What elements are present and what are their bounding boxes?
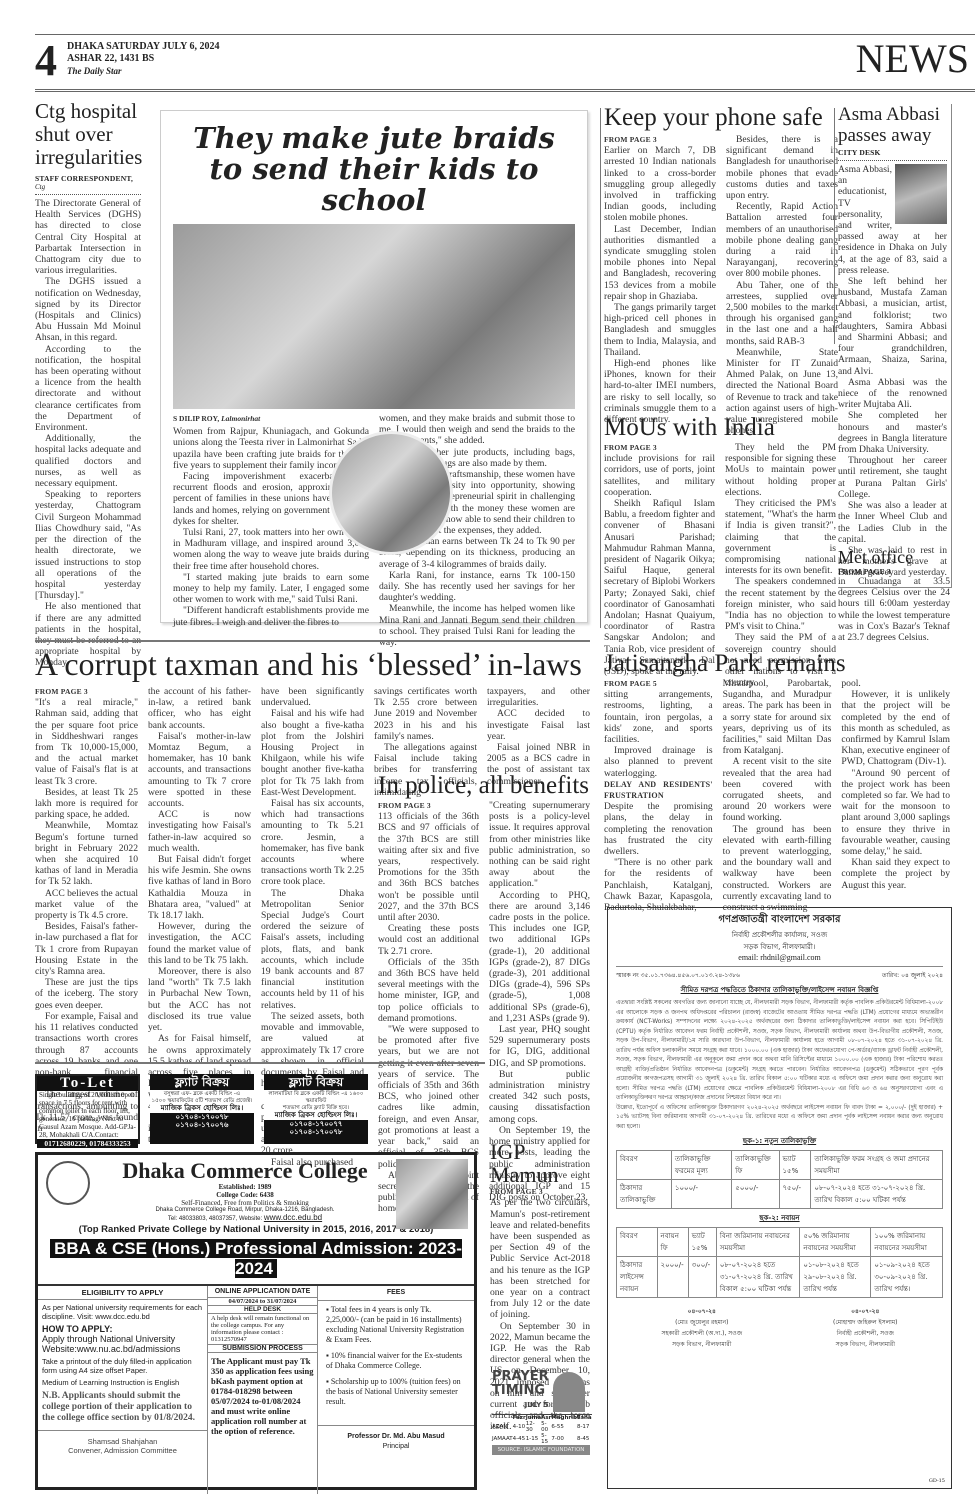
column-rule <box>834 108 835 344</box>
jute-circle-photo <box>329 431 453 555</box>
byline: S DILIP ROY, <box>173 414 219 423</box>
byline: STAFF CORRESPONDENT, <box>35 174 141 183</box>
headline: MoUs with India <box>604 414 836 442</box>
article-body: The Directorate General of Health Servic… <box>35 198 141 669</box>
article-met-office: Met office FROM PAGE 3 in Chuadanga at 3… <box>838 548 950 643</box>
dateline: Ctg <box>35 183 141 195</box>
paper-logo: The Daily Star <box>67 65 220 77</box>
headline: Asma Abbasi passes away <box>838 104 947 146</box>
college-website-link[interactable]: www.dcc.edu.bd <box>264 1213 322 1222</box>
headline: Met office <box>838 548 950 567</box>
headline: Ctg hospital shut over irregularities <box>35 100 141 169</box>
prayer-table: FazrJumaAsrMaghribEshaAZAN4-1012-305-006… <box>492 1414 592 1445</box>
page-folio: 4 DHAKA SATURDAY JULY 6, 2024 ASHAR 22, … <box>35 34 975 92</box>
mosque-icon <box>553 1372 585 1412</box>
article-keep-phone-safe: Keep your phone safe FROM PAGE 3 Earlier… <box>604 104 838 436</box>
page-number: 4 <box>35 39 57 83</box>
asma-portrait <box>895 164 947 224</box>
bangla-date: ASHAR 22, 1431 BS <box>67 53 220 65</box>
signature-block-1: ০৪-০৭-২৪(মোঃ জুয়েলুর রহমান)সহকারী প্রকৌ… <box>661 1306 742 1350</box>
headline: Jatisangha Park remains <box>604 650 950 678</box>
article-jatisangha-park: Jatisangha Park remains FROM PAGE 5sitti… <box>604 650 950 913</box>
byline: CITY DESK <box>838 148 947 161</box>
ad-flat-sale-2: ফ্ল্যাট বিক্রয় লালমাটিয়া বি ব্লকে একটি… <box>264 1074 368 1144</box>
headline: They make jute braids to send their kids… <box>161 123 587 216</box>
headline: A corrupt taxman and his ‘blessed’ in-la… <box>35 646 590 682</box>
prayer-timing-box: PRAYERTIMING JULY 5 FazrJumaAsrMaghribEs… <box>492 1370 590 1455</box>
article-jute-braids: They make jute braids to send their kids… <box>160 110 588 623</box>
section-rule <box>35 640 590 642</box>
article-corrupt-taxman: A corrupt taxman and his ‘blessed’ in-la… <box>35 646 590 682</box>
signature-block-2: ০৪-০৭-২৪(মোহাম্মদ জহিরুল ইসলাম)নির্বাহী … <box>833 1306 897 1350</box>
ad-govt-notice: গণপ্রজাতন্ত্রী বাংলাদেশ সরকার নির্বাহী প… <box>607 907 952 1489</box>
headline: Keep your phone safe <box>604 104 838 132</box>
college-building-photo <box>396 1159 468 1229</box>
admission-banner: BBA & CSE (Hons.) Professional Admission… <box>50 1239 462 1278</box>
subhead: DELAY AND RESIDENTS' FRUSTRATION <box>604 779 713 801</box>
table-new-enlistment: বিবরণতালিকাভুক্তি ফরমের মূল্যতালিকাভুক্ত… <box>616 1150 943 1209</box>
dateline: DHAKA SATURDAY JULY 6, 2024 ASHAR 22, 14… <box>67 41 220 77</box>
column-rule <box>600 108 601 628</box>
headline: IGP Mamun <box>490 1140 590 1186</box>
article-mous-with-india: MoUs with India FROM PAGE 3include provi… <box>604 414 836 688</box>
ad-dhaka-commerce-college: Dhaka Commerce College Established: 1989… <box>35 1152 477 1490</box>
headline: In police, all benefits <box>378 772 590 800</box>
article-asma-abbasi: Asma Abbasi passes away CITY DESK Asma A… <box>838 104 952 588</box>
edition-date: DHAKA SATURDAY JULY 6, 2024 <box>67 41 220 53</box>
section-title: NEWS <box>856 37 969 81</box>
jute-photo <box>173 224 575 409</box>
table-renewal: বিবরণনবায়ন ফিভ্যাট ১৫%বিনা জরিমানায় নব… <box>616 1227 943 1298</box>
ad-to-let: To-Let Single building of 20,000 sft ope… <box>35 1074 140 1144</box>
college-logo-icon <box>46 1161 90 1205</box>
ad-flat-sale-1: ফ্ল্যাট বিক্রয় বসুন্ধরা এফ- ব্লকে একটি … <box>150 1074 254 1144</box>
article-ctg-hospital: Ctg hospital shut over irregularities ST… <box>35 100 141 669</box>
